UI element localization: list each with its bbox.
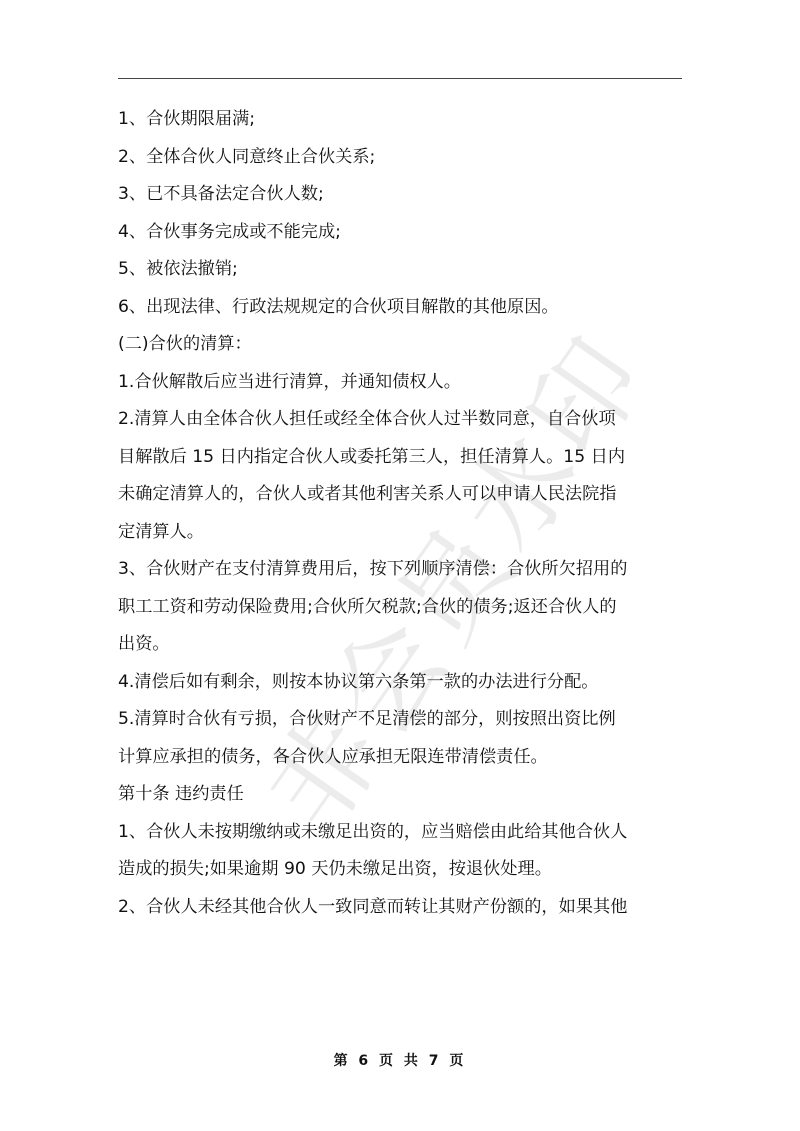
liquidation-item-3-line-2: 职工工资和劳动保险费用;合伙所欠税款;合伙的债务;返还合伙人的 — [118, 589, 684, 627]
list-item-other-reasons: 6、出现法律、行政法规规定的合伙项目解散的其他原因。 — [118, 289, 684, 327]
breach-item-1-line-2: 造成的损失;如果逾期 90 天仍未缴足出资，按退伙处理。 — [118, 851, 684, 889]
article-heading-breach-liability: 第十条 违约责任 — [118, 776, 684, 814]
breach-item-2-line-1: 2、合伙人未经其他合伙人一致同意而转让其财产份额的，如果其他 — [118, 889, 684, 927]
section-heading-liquidation: (二)合伙的清算： — [118, 326, 684, 364]
liquidation-item-2-line-2: 目解散后 15 日内指定合伙人或委托第三人，担任清算人。15 日内 — [118, 439, 684, 477]
header-rule — [118, 78, 682, 79]
list-item-lack-legal-partners: 3、已不具备法定合伙人数; — [118, 176, 684, 214]
breach-item-1-line-1: 1、合伙人未按期缴纳或未缴足出资的，应当赔偿由此给其他合伙人 — [118, 814, 684, 852]
liquidation-item-2-line-3: 未确定清算人的，合伙人或者其他利害关系人可以申请人民法院指 — [118, 476, 684, 514]
liquidation-item-5-line-1: 5.清算时合伙有亏损，合伙财产不足清偿的部分，则按照出资比例 — [118, 701, 684, 739]
list-item-revoked: 5、被依法撤销; — [118, 251, 684, 289]
liquidation-item-1: 1.合伙解散后应当进行清算，并通知债权人。 — [118, 364, 684, 402]
page-number-footer: 第 6 页 共 7 页 — [0, 1050, 800, 1070]
liquidation-item-3-line-1: 3、合伙财产在支付清算费用后，按下列顺序清偿：合伙所欠招用的 — [118, 551, 684, 589]
list-item-term-expired: 1、合伙期限届满; — [118, 101, 684, 139]
liquidation-item-2-line-1: 2.清算人由全体合伙人担任或经全体合伙人过半数同意，自合伙项 — [118, 401, 684, 439]
document-body: 1、合伙期限届满; 2、全体合伙人同意终止合伙关系; 3、已不具备法定合伙人数;… — [118, 101, 684, 926]
liquidation-item-4: 4.清偿后如有剩余，则按本协议第六条第一款的办法进行分配。 — [118, 664, 684, 702]
list-item-affairs-complete: 4、合伙事务完成或不能完成; — [118, 214, 684, 252]
liquidation-item-5-line-2: 计算应承担的债务，各合伙人应承担无限连带清偿责任。 — [118, 739, 684, 777]
liquidation-item-2-line-4: 定清算人。 — [118, 514, 684, 552]
liquidation-item-3-line-3: 出资。 — [118, 626, 684, 664]
list-item-all-agree-terminate: 2、全体合伙人同意终止合伙关系; — [118, 139, 684, 177]
